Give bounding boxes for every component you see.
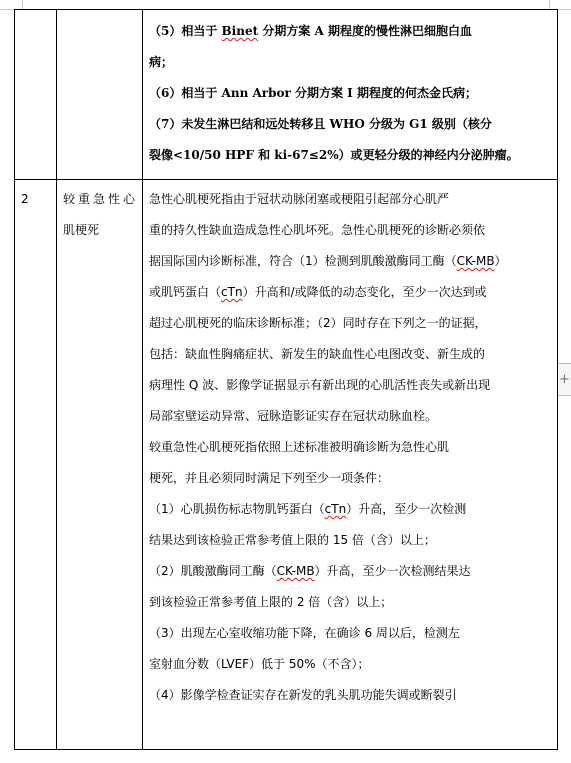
text-run: 分期方案 A 期程度的慢性淋巴细胞白血 [258, 24, 472, 38]
row-number-cell[interactable] [15, 10, 57, 180]
text-line: 局部室壁运动异常、冠脉造影证实存在冠状动脉血栓。 [149, 401, 551, 432]
disease-name-line: 较重急性心 [63, 184, 136, 215]
plus-icon: + [559, 372, 570, 387]
text-line: 据国际国内诊断标准，符合（1）检测到肌酸激酶同工酶（CK-MB） [149, 246, 551, 277]
margin-corner-mark [0, 9, 15, 10]
text-line: （2）肌酸激酶同工酶（CK-MB）升高，至少一次检测结果达 [149, 556, 551, 587]
text-run: （1）心肌损伤标志物肌钙蛋白（ [149, 502, 325, 516]
definition-cell[interactable]: 急性心肌梗死指由于冠状动脉闭塞或梗阻引起部分心肌严 重的持久性缺血造成急性心肌坏… [143, 180, 558, 750]
text-line: 裂像<10/50 HPF 和 ki-67≤2%）或更轻分级的神经内分泌肿瘤。 [149, 140, 551, 171]
text-line: （5）相当于 Binet 分期方案 A 期程度的慢性淋巴细胞白血 [149, 16, 551, 47]
text-run: ） [495, 254, 507, 268]
text-run: （5）相当于 [149, 24, 222, 38]
text-line: （1）心肌损伤标志物肌钙蛋白（cTn）升高，至少一次检测 [149, 494, 551, 525]
text-line: 到该检验正常参考值上限的 2 倍（含）以上； [149, 587, 551, 618]
text-run: （2）肌酸激酶同工酶（ [149, 564, 277, 578]
table-row: 2 较重急性心 肌梗死 急性心肌梗死指由于冠状动脉闭塞或梗阻引起部分心肌严 重的… [15, 180, 558, 750]
text-run: ）升高，至少一次检测结果达 [315, 564, 471, 578]
disease-name-cell[interactable]: 较重急性心 肌梗死 [57, 180, 143, 750]
text-line: 病； [149, 47, 551, 78]
text-run: 据国际国内诊断标准，符合（1）检测到肌酸激酶同工酶（ [149, 254, 457, 268]
text-run: ）升高，至少一次检测 [346, 502, 466, 516]
margin-corner-mark [549, 0, 550, 9]
text-line: （7）未发生淋巴结和远处转移且 WHO 分级为 G1 级别（核分 [149, 109, 551, 140]
text-line: （6）相当于 Ann Arbor 分期方案 I 期程度的何杰金氏病； [149, 78, 551, 109]
text-run: ）升高和/或降低的动态变化，至少一次达到或 [243, 285, 487, 299]
text-line: 梗死，并且必须同时满足下列至少一项条件： [149, 463, 551, 494]
spellcheck-flagged-word[interactable]: cTn [325, 502, 347, 516]
text-line: 超过心肌梗死的临床诊断标准；（2）同时存在下列之一的证据， [149, 308, 551, 339]
text-line: 重的持久性缺血造成急性心肌坏死。急性心肌梗死的诊断必须依 [149, 215, 551, 246]
disease-name-line: 肌梗死 [63, 215, 136, 246]
add-row-button[interactable]: + [558, 363, 571, 396]
row-number-cell[interactable]: 2 [15, 180, 57, 750]
text-line: 结果达到该检验正常参考值上限的 15 倍（含）以上； [149, 525, 551, 556]
text-line: 较重急性心肌梗死指依照上述标准被明确诊断为急性心肌 [149, 432, 551, 463]
text-line: 或肌钙蛋白（cTn）升高和/或降低的动态变化，至少一次达到或 [149, 277, 551, 308]
document-table: （5）相当于 Binet 分期方案 A 期程度的慢性淋巴细胞白血 病； （6）相… [14, 9, 558, 750]
text-run: 或肌钙蛋白（ [149, 285, 221, 299]
table-row: （5）相当于 Binet 分期方案 A 期程度的慢性淋巴细胞白血 病； （6）相… [15, 10, 558, 180]
spellcheck-flagged-word[interactable]: cTn [221, 285, 243, 299]
spellcheck-flagged-word[interactable]: CK-MB [457, 254, 495, 268]
text-line: （3）出现左心室收缩功能下降，在确诊 6 周以后，检测左 [149, 618, 551, 649]
margin-corner-mark [22, 0, 23, 9]
spellcheck-flagged-word[interactable]: Binet [222, 24, 259, 38]
margin-corner-mark [556, 9, 571, 10]
text-line: 急性心肌梗死指由于冠状动脉闭塞或梗阻引起部分心肌严 [149, 184, 551, 215]
text-line: 病理性 Q 波、影像学证据显示有新出现的心肌活性丧失或新出现 [149, 370, 551, 401]
text-line: （4）影像学检查证实存在新发的乳头肌功能失调或断裂引 [149, 680, 551, 711]
spellcheck-flagged-word[interactable]: CK-MB [277, 564, 315, 578]
definition-cell[interactable]: （5）相当于 Binet 分期方案 A 期程度的慢性淋巴细胞白血 病； （6）相… [143, 10, 558, 180]
text-line: 室射血分数（LVEF）低于 50%（不含）； [149, 649, 551, 680]
row-number: 2 [21, 184, 50, 215]
disease-name-cell[interactable] [57, 10, 143, 180]
text-line: 包括：缺血性胸痛症状、新发生的缺血性心电图改变、新生成的 [149, 339, 551, 370]
